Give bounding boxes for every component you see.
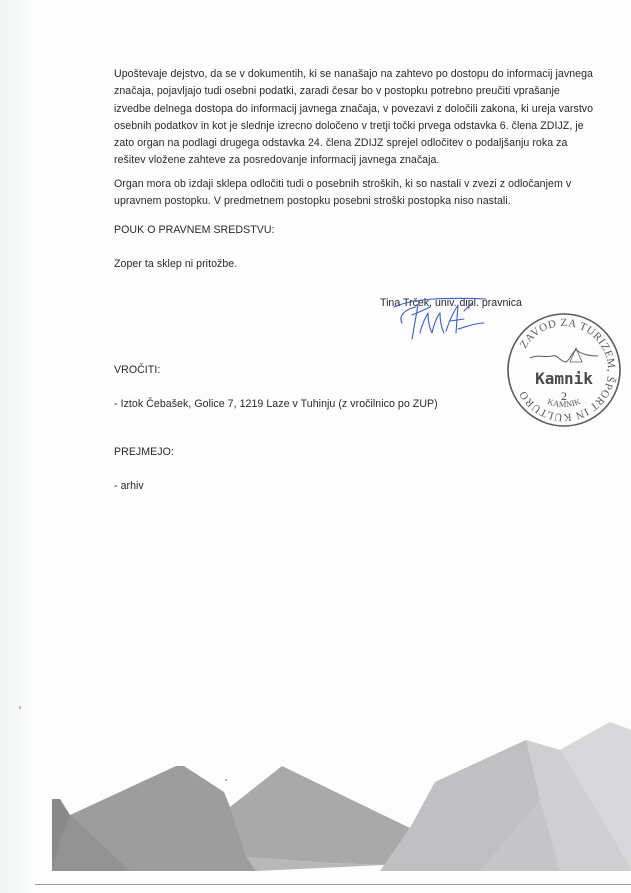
scan-speck [225, 779, 227, 781]
text-line: izvedbe delnega dostopa do informacij ja… [114, 101, 538, 118]
text-line: značaja, pojavljajo tudi osebni podatki,… [114, 83, 538, 100]
deliver-heading: VROČITI: [114, 362, 160, 379]
institution-stamp-icon: ZAVOD ZA TURIZEM, ŠPORT IN KULTURO KAMNI… [506, 312, 622, 428]
paragraph-costs: Organ mora ob izdaji sklepa odločiti tud… [114, 176, 538, 211]
deliver-recipient: - Iztok Čebašek, Golice 7, 1219 Laze v T… [114, 396, 438, 413]
received-recipient: - arhiv [114, 478, 144, 495]
handwritten-signature-icon [392, 293, 488, 348]
scan-speck [19, 706, 21, 709]
text-line: Upoštevaje dejstvo, da se v dokumentih, … [114, 66, 538, 83]
text-line: osebnih podatkov in kot je slednje izrec… [114, 118, 538, 135]
received-heading: PREJMEJO: [114, 444, 174, 461]
legal-remedy-text: Zoper ta sklep ni pritožbe. [114, 256, 237, 273]
stamp-number: 2 [561, 389, 567, 403]
text-line: Organ mora ob izdaji sklepa odločiti tud… [114, 176, 538, 193]
stamp-center-text: Kamnik [535, 369, 593, 388]
footer-rule [35, 884, 631, 885]
mountains-graphic-icon [0, 700, 631, 893]
text-line: rešitev vložene zahteve za posredovanje … [114, 152, 538, 169]
paragraph-extension-reason: Upoštevaje dejstvo, da se v dokumentih, … [114, 66, 538, 170]
legal-remedy-heading: POUK O PRAVNEM SREDSTVU: [114, 222, 275, 239]
text-line: zato organ na podlagi drugega odstavka 2… [114, 135, 538, 152]
text-line: upravnem postopku. V predmetnem postopku… [114, 193, 538, 210]
